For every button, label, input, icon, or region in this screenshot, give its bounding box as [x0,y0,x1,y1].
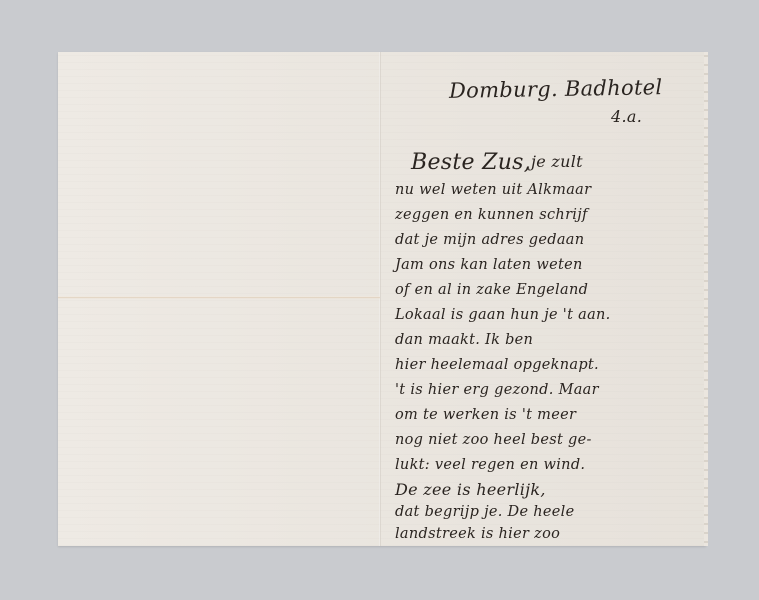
letter-line: 't is hier erg gezond. Maar [395,382,599,398]
letter-line: lukt: veel regen en wind. [395,457,585,473]
salutation-continuation: je zult [531,152,583,171]
letter-line: dat je mijn adres gedaan [395,232,584,248]
letter-line: landstreek is hier zoo [395,526,560,542]
letter-line: Jam ons kan laten weten [395,257,583,273]
horizontal-fold [58,296,380,299]
salutation: Beste Zus, [411,150,531,175]
letter-line: hier heelemaal opgeknapt. [395,357,599,373]
letter-date: 4.a. [611,107,642,126]
letter-line: dat begrijp je. De heele [395,504,575,520]
letter-line: of en al in zake Engeland [395,282,588,298]
right-page: Domburg. Badhotel 4.a. Beste Zus, je zul… [381,52,706,546]
letter-line: De zee is heerlijk, [395,480,546,499]
letter-line: zeggen en kunnen schrijf [395,207,588,223]
letter-line: nu wel weten uit Alkmaar [395,182,591,198]
letter-line: Lokaal is gaan hun je 't aan. [395,307,611,323]
letter-sheet: Domburg. Badhotel 4.a. Beste Zus, je zul… [58,52,706,546]
letter-line: dan maakt. Ik ben [395,332,533,348]
letter-heading: Domburg. Badhotel [449,75,663,103]
left-page-blank [58,52,379,546]
letter-line: om te werken is 't meer [395,407,576,423]
letter-line: nog niet zoo heel best ge- [395,432,592,448]
